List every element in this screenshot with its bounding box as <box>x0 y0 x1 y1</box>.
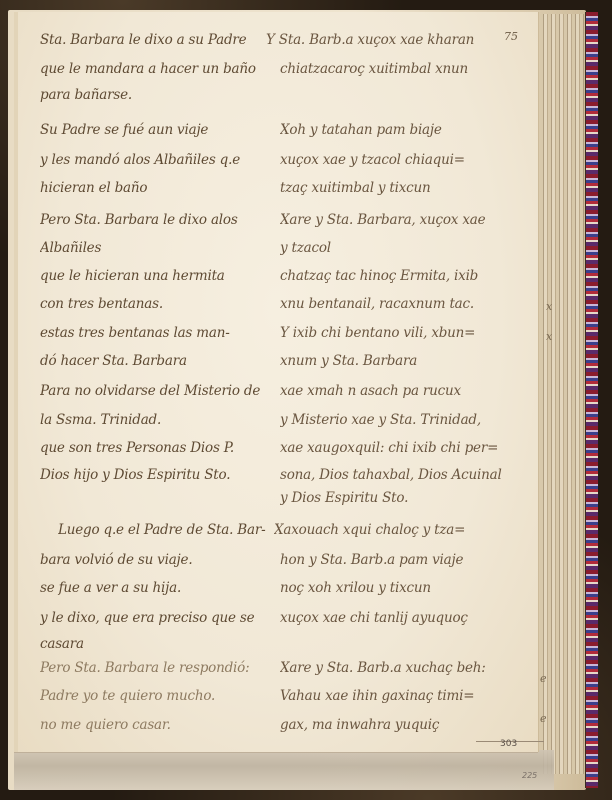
spanish-text: casara <box>40 636 290 652</box>
spanish-text: Pero Sta. Barbara le dixo alos <box>40 212 290 228</box>
spanish-text: dó hacer Sta. Barbara <box>40 353 290 369</box>
mayan-text: Vahau xae ihin gaxinaç timi= <box>280 688 548 704</box>
spanish-text: se fue a ver a su hija. <box>40 580 290 596</box>
line: no me quiero casar. gax, ma inwahra yuqu… <box>18 717 538 747</box>
mayan-text: Xare y Sta. Barbara, xuçox xae <box>280 212 548 228</box>
mayan-text: chiatzacaroç xuitimbal xnun <box>280 61 548 77</box>
mayan-text: noç xoh xrilou y tixcun <box>280 580 548 596</box>
line: con tres bentanas. xnu bentanail, racaxn… <box>18 296 538 326</box>
marbled-fore-edge <box>585 12 598 788</box>
margin-mark: x <box>546 330 552 343</box>
mayan-text: xae xmah n asach pa rucux <box>280 383 548 399</box>
spanish-text: Sta. Barbara le dixo a su Padre <box>40 32 290 48</box>
mayan-text: y tzacol <box>280 240 548 256</box>
line: estas tres bentanas las man- Y ixib chi … <box>18 325 538 355</box>
line: Su Padre se fué aun viaje Xoh y tatahan … <box>18 122 538 152</box>
spanish-text: no me quiero casar. <box>40 717 290 733</box>
spanish-text: Su Padre se fué aun viaje <box>40 122 290 138</box>
spanish-text: la Ssma. Trinidad. <box>40 412 290 428</box>
line: que le hicieran una hermita chatzaç tac … <box>18 268 538 298</box>
margin-mark: e <box>540 672 547 685</box>
mayan-text: Y ixib chi bentano vili, xbun= <box>280 325 548 341</box>
mayan-text: tzaç xuitimbal y tixcun <box>280 180 548 196</box>
mayan-text: gax, ma inwahra yuquiç <box>280 717 548 733</box>
line: Para no olvidarse del Misterio de xae xm… <box>18 383 538 413</box>
mayan-text: Xare y Sta. Barb.a xuchaç beh: <box>280 660 548 676</box>
spanish-text: Pero Sta. Barbara le respondió: <box>40 660 290 676</box>
line: Padre yo te quiero mucho. Vahau xae ihin… <box>18 688 538 718</box>
spanish-text: Dios hijo y Dios Espiritu Sto. <box>40 467 290 483</box>
line: que son tres Personas Dios P. xae xaugox… <box>18 440 538 470</box>
mayan-text: Y Sta. Barb.a xuçox xae kharan <box>266 32 534 48</box>
line: y Dios Espiritu Sto. <box>18 490 538 520</box>
mayan-text: xnu bentanail, racaxnum tac. <box>280 296 548 312</box>
spanish-text: y le dixo, que era preciso que se <box>40 610 290 626</box>
water-stain <box>14 750 554 790</box>
line: Luego q.e el Padre de Sta. Bar- Xaxouach… <box>18 522 538 552</box>
corner-page-number: 225 <box>522 771 537 780</box>
spanish-text: para bañarse. <box>40 87 290 103</box>
spanish-text: que son tres Personas Dios P. <box>40 440 290 456</box>
spanish-text: Luego q.e el Padre de Sta. Bar- <box>58 522 308 538</box>
mayan-text: chatzaç tac hinoç Ermita, ixib <box>280 268 548 284</box>
mayan-text: hon y Sta. Barb.a pam viaje <box>280 552 548 568</box>
spanish-text: que le mandara a hacer un baño <box>40 61 290 77</box>
line: bara volvió de su viaje. hon y Sta. Barb… <box>18 552 538 582</box>
spanish-text: estas tres bentanas las man- <box>40 325 290 341</box>
mayan-text: xnum y Sta. Barbara <box>280 353 548 369</box>
mayan-text: xuçox xae chi tanlij ayuquoç <box>280 610 548 626</box>
spanish-text: que le hicieran una hermita <box>40 268 290 284</box>
line: Pero Sta. Barbara le dixo alos Xare y St… <box>18 212 538 242</box>
line: Albañiles y tzacol <box>18 240 538 270</box>
line: y les mandó alos Albañiles q.e xuçox xae… <box>18 152 538 182</box>
mayan-text: y Misterio xae y Sta. Trinidad, <box>280 412 548 428</box>
spanish-text: con tres bentanas. <box>40 296 290 312</box>
spanish-text: hicieran el baño <box>40 180 290 196</box>
text-lines: Sta. Barbara le dixo a su Padre Y Sta. B… <box>18 12 538 752</box>
mayan-text: sona, Dios tahaxbal, Dios Acuinal <box>280 467 548 483</box>
line: la Ssma. Trinidad. y Misterio xae y Sta.… <box>18 412 538 442</box>
pencil-page-number: 303 <box>500 739 517 749</box>
mayan-text: Xaxouach xqui chaloç y tza= <box>274 522 542 538</box>
margin-mark: x <box>546 300 552 313</box>
mayan-text: xae xaugoxquil: chi ixib chi per= <box>280 440 548 456</box>
line: Pero Sta. Barbara le respondió: Xare y S… <box>18 660 538 690</box>
line: Sta. Barbara le dixo a su Padre Y Sta. B… <box>18 32 538 62</box>
margin-mark: e <box>540 712 547 725</box>
line: dó hacer Sta. Barbara xnum y Sta. Barbar… <box>18 353 538 383</box>
spanish-text: Padre yo te quiero mucho. <box>40 688 290 704</box>
spanish-text: Albañiles <box>40 240 290 256</box>
manuscript-page: 75 Sta. Barbara le dixo a su Padre Y Sta… <box>14 12 538 752</box>
mayan-text: xuçox xae y tzacol chiaqui= <box>280 152 548 168</box>
mayan-text: Xoh y tatahan pam biaje <box>280 122 548 138</box>
line: para bañarse. <box>18 87 538 117</box>
mayan-text: y Dios Espiritu Sto. <box>280 490 548 506</box>
line: hicieran el baño tzaç xuitimbal y tixcun <box>18 180 538 210</box>
line: se fue a ver a su hija. noç xoh xrilou y… <box>18 580 538 610</box>
spanish-text: bara volvió de su viaje. <box>40 552 290 568</box>
spanish-text: y les mandó alos Albañiles q.e <box>40 152 290 168</box>
spanish-text: Para no olvidarse del Misterio de <box>40 383 290 399</box>
